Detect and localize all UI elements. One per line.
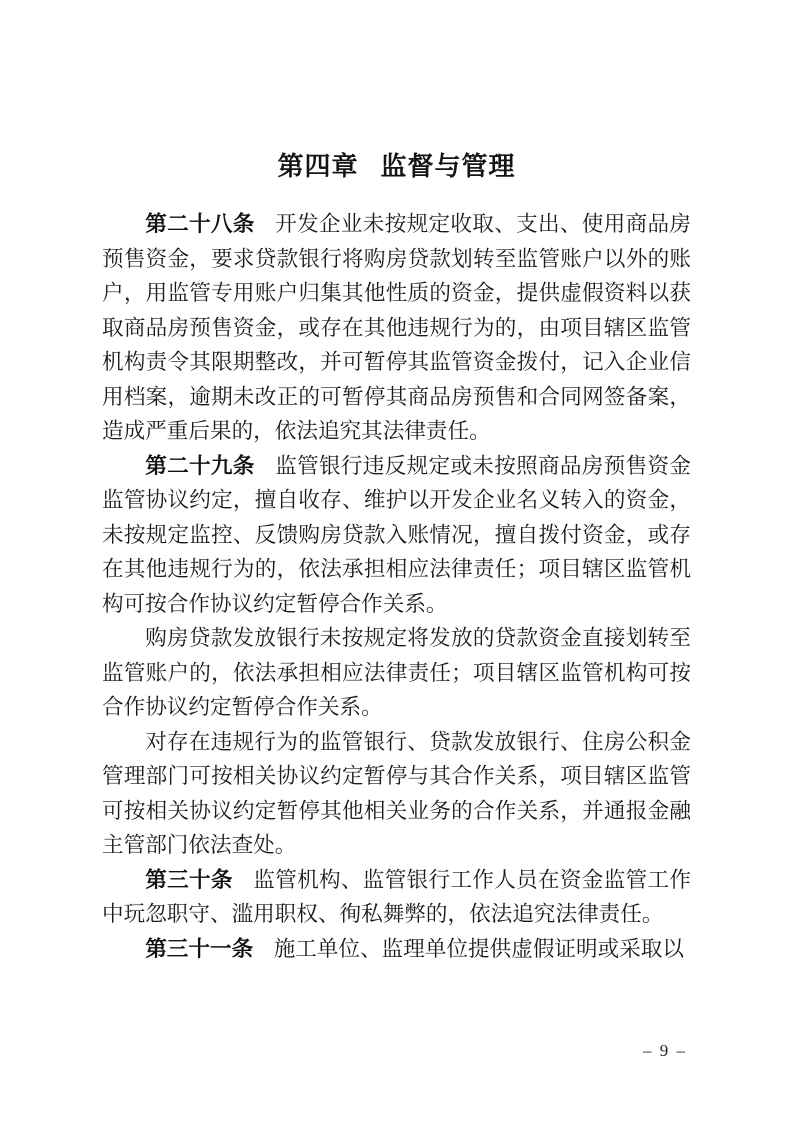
article-text: 对存在违规行为的监管银行、贷款发放银行、住房公积金管理部门可按相关协议约定暂停与… <box>102 730 691 858</box>
document-body: 第二十八条开发企业未按规定收取、支出、使用商品房预售资金，要求贷款银行将购房贷款… <box>102 207 691 966</box>
article-text: 开发企业未按规定收取、支出、使用商品房预售资金，要求贷款银行将购房贷款划转至监管… <box>102 212 691 443</box>
article-number: 第二十八条 <box>145 211 255 236</box>
chapter-label: 第四章 <box>277 151 358 181</box>
article-number: 第三十一条 <box>145 936 253 961</box>
article-text: 施工单位、监理单位提供虚假证明或采取以 <box>274 937 684 961</box>
document-page: 第四章监督与管理 第二十八条开发企业未按规定收取、支出、使用商品房预售资金，要求… <box>0 0 793 1122</box>
chapter-name: 监督与管理 <box>381 151 516 181</box>
article-paragraph: 第二十八条开发企业未按规定收取、支出、使用商品房预售资金，要求贷款银行将购房贷款… <box>102 207 691 449</box>
article-text: 购房贷款发放银行未按规定将发放的贷款资金直接划转至监管账户的，依法承担相应法律责… <box>102 626 691 719</box>
page-number: – 9 – <box>643 1041 687 1061</box>
article-paragraph: 对存在违规行为的监管银行、贷款发放银行、住房公积金管理部门可按相关协议约定暂停与… <box>102 725 691 863</box>
article-paragraph: 第三十一条施工单位、监理单位提供虚假证明或采取以 <box>102 932 691 967</box>
article-paragraph: 购房贷款发放银行未按规定将发放的贷款资金直接划转至监管账户的，依法承担相应法律责… <box>102 621 691 725</box>
article-paragraph: 第二十九条监管银行违反规定或未按照商品房预售资金监管协议约定，擅自收存、维护以开… <box>102 449 691 622</box>
chapter-title: 第四章监督与管理 <box>0 146 793 183</box>
article-paragraph: 第三十条监管机构、监管银行工作人员在资金监管工作中玩忽职守、滥用职权、徇私舞弊的… <box>102 863 691 932</box>
article-number: 第三十条 <box>145 867 233 892</box>
article-number: 第二十九条 <box>145 453 255 478</box>
